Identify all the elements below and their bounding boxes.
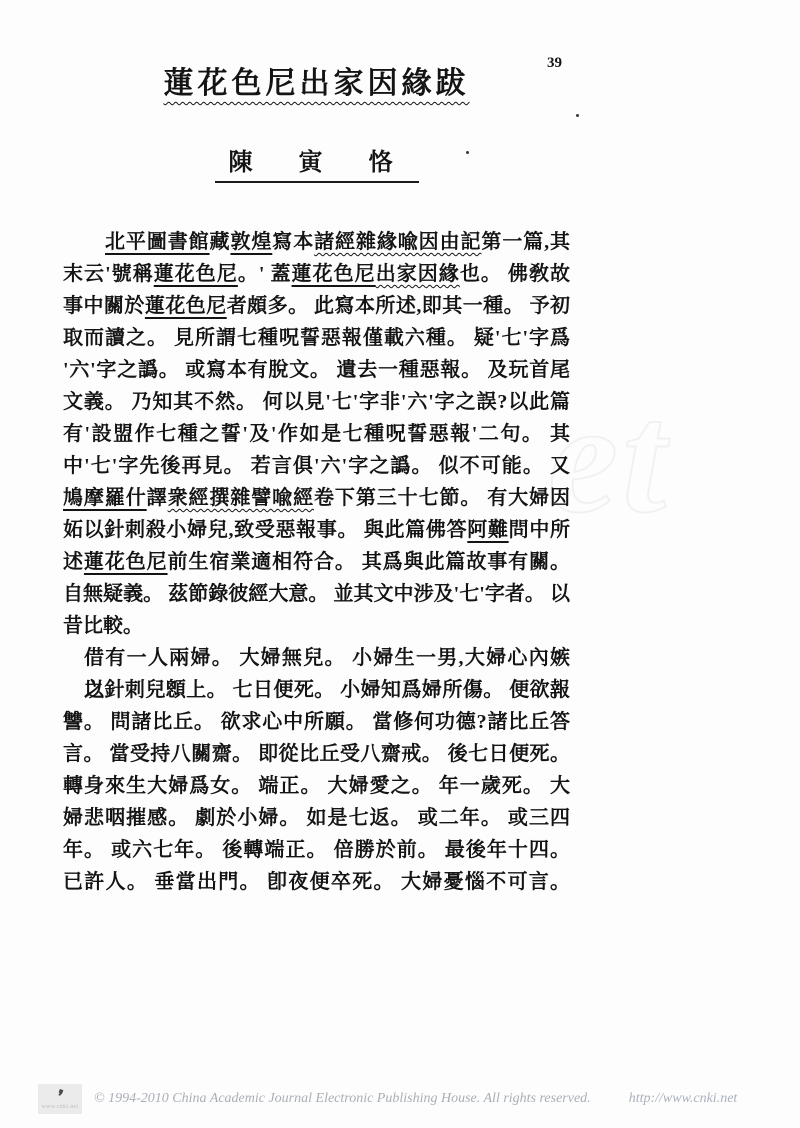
text-line: 昔比較。 xyxy=(63,610,570,642)
text-run: 妬以針刺殺小婦兒,致受惡報事。 與此篇佛答 xyxy=(63,519,467,541)
text-run: 第一篇,其 xyxy=(481,231,570,253)
text-line: 事中關於蓮花色尼者頗多。 此寫本所述,即其一種。 予初 xyxy=(63,290,570,322)
text-line: 婦悲咽摧感。 劇於小婦。 如是七返。 或二年。 或三四 xyxy=(63,802,570,834)
text-line: 以針刺兒顖上。 七日便死。 小婦知爲婦所傷。 便欲報 xyxy=(63,674,570,706)
text-run: 譯 xyxy=(147,487,168,509)
text-run: 述 xyxy=(63,551,84,573)
scan-speck xyxy=(576,114,579,117)
text-line: 妬以針刺殺小婦兒,致受惡報事。 與此篇佛答阿難問中所 xyxy=(63,514,570,546)
text-run: 文義。 乃知其不然。 何以見'七'字非'六'字之誤?以此篇 xyxy=(63,391,570,413)
text-run: 者頗多。 此寫本所述,即其一種。 予初 xyxy=(227,295,570,317)
text-run: 以針刺兒顖上。 七日便死。 小婦知爲婦所傷。 便欲報 xyxy=(84,679,570,701)
text-line: 言。 當受持八關齋。 即從比丘受八齋戒。 後七日便死。 xyxy=(63,738,570,770)
text-run: 卷下第三十七節。 有大婦因 xyxy=(314,487,570,509)
text-run: 寫本 xyxy=(272,231,314,253)
cnki-logo-caption: www.cnki.net xyxy=(42,1104,79,1110)
proper-noun-underlined: 蓮花色尼 xyxy=(292,263,376,285)
text-line: '六'字之譌。 或寫本有脫文。 遺去一種惡報。 及玩首尾 xyxy=(63,354,570,386)
cnki-url: http://www.cnki.net xyxy=(629,1091,738,1107)
article-title: 蓮花色尼出家因緣跋 xyxy=(164,67,470,100)
proper-noun-underlined: 阿難 xyxy=(467,519,508,541)
text-run: 言。 當受持八關齋。 即從比丘受八齋戒。 後七日便死。 xyxy=(63,743,570,765)
book-title-underlined: 衆經撰雜譬喩經 xyxy=(168,487,314,509)
text-line: 鳩摩羅什譯衆經撰雜譬喩經卷下第三十七節。 有大婦因 xyxy=(63,482,570,514)
text-line: 轉身來生大婦爲女。 端正。 大婦愛之。 年一歲死。 大 xyxy=(63,770,570,802)
text-run: 。' 蓋 xyxy=(238,263,292,285)
text-line: 中'七'字先後再見。 若言俱'六'字之譌。 似不可能。 又 xyxy=(63,450,570,482)
title-block: 蓮花色尼出家因緣跋 xyxy=(63,58,570,102)
body-text: 北平圖書館藏敦煌寫本諸經雜緣喩因由記第一篇,其末云'號稱蓮花色尼。' 蓋蓮花色尼… xyxy=(63,226,570,898)
copyright-text: © 1994-2010 China Academic Journal Elect… xyxy=(94,1091,591,1107)
text-run: 也。 佛敎故 xyxy=(460,263,570,285)
author-block: 陳 寅 恪 xyxy=(63,142,570,183)
proper-noun-underlined: 鳩摩羅什 xyxy=(63,487,147,509)
text-line: 年。 或六七年。 後轉端正。 倍勝於前。 最後年十四。 xyxy=(63,834,570,866)
text-run: 讐。 問諸比丘。 欲求心中所願。 當修何功德?諸比丘答 xyxy=(63,711,570,733)
proper-noun-underlined: 北平圖書館 xyxy=(105,231,210,253)
cnki-logo-swirl-icon: ❜ xyxy=(55,1088,65,1105)
text-run: 前生宿業適相符合。 其爲與此篇故事有關。 xyxy=(168,551,570,573)
text-run: 事中關於 xyxy=(63,295,145,317)
text-line: 文義。 乃知其不然。 何以見'七'字非'六'字之誤?以此篇 xyxy=(63,386,570,418)
text-run: 藏 xyxy=(210,231,231,253)
proper-noun-underlined: 蓮花色尼 xyxy=(84,551,168,573)
text-run: 有'設盟作七種之誓'及'作如是七種呪誓惡報'二句。 其 xyxy=(63,423,570,445)
text-line: 取而讀之。 見所謂七種呪誓惡報僅載六種。 疑'七'字爲 xyxy=(63,322,570,354)
text-line: 北平圖書館藏敦煌寫本諸經雜緣喩因由記第一篇,其 xyxy=(63,226,570,258)
document-page: et 39 蓮花色尼出家因緣跋 陳 寅 恪 北平圖書館藏敦煌寫本諸經雜緣喩因由記… xyxy=(0,0,800,1128)
text-run: 婦悲咽摧感。 劇於小婦。 如是七返。 或二年。 或三四 xyxy=(63,807,570,829)
text-line: 末云'號稱蓮花色尼。' 蓋蓮花色尼出家因緣也。 佛敎故 xyxy=(63,258,570,290)
text-run: 昔比較。 xyxy=(63,615,143,637)
text-run: 問中所 xyxy=(509,519,570,541)
text-line: 述蓮花色尼前生宿業適相符合。 其爲與此篇故事有關。 xyxy=(63,546,570,578)
text-run: 末云'號稱 xyxy=(63,263,154,285)
text-line: 有'設盟作七種之誓'及'作如是七種呪誓惡報'二句。 其 xyxy=(63,418,570,450)
text-run: 中'七'字先後再見。 若言俱'六'字之譌。 似不可能。 又 xyxy=(63,455,570,477)
author-name: 陳 寅 恪 xyxy=(215,142,419,183)
proper-noun-underlined: 敦煌 xyxy=(230,231,272,253)
book-title-underlined: 出家因緣 xyxy=(376,263,460,285)
text-run: 取而讀之。 見所謂七種呪誓惡報僅載六種。 疑'七'字爲 xyxy=(63,327,570,349)
text-run: 自無疑義。 茲節錄彼經大意。 並其文中涉及'七'字者。 以 xyxy=(63,583,570,605)
text-line: 已許人。 垂當出門。 卽夜便卒死。 大婦憂惱不可言。 xyxy=(63,866,570,898)
cnki-logo: ❜ www.cnki.net xyxy=(38,1084,82,1114)
footer: ❜ www.cnki.net © 1994-2010 China Academi… xyxy=(38,1084,737,1114)
text-run: '六'字之譌。 或寫本有脫文。 遺去一種惡報。 及玩首尾 xyxy=(63,359,570,381)
text-run: 年。 或六七年。 後轉端正。 倍勝於前。 最後年十四。 xyxy=(63,839,570,861)
text-line: 讐。 問諸比丘。 欲求心中所願。 當修何功德?諸比丘答 xyxy=(63,706,570,738)
text-line: 自無疑義。 茲節錄彼經大意。 並其文中涉及'七'字者。 以 xyxy=(63,578,570,610)
book-title-underlined: 諸經雜緣喩因由記 xyxy=(314,231,481,253)
scan-speck xyxy=(466,151,469,154)
proper-noun-underlined: 蓮花色尼 xyxy=(145,295,227,317)
text-run: 轉身來生大婦爲女。 端正。 大婦愛之。 年一歲死。 大 xyxy=(63,775,570,797)
text-run: 已許人。 垂當出門。 卽夜便卒死。 大婦憂惱不可言。 xyxy=(63,871,570,893)
proper-noun-underlined: 蓮花色尼 xyxy=(154,263,238,285)
text-line: 借有一人兩婦。 大婦無兒。 小婦生一男,大婦心內嫉之。 xyxy=(63,642,570,674)
